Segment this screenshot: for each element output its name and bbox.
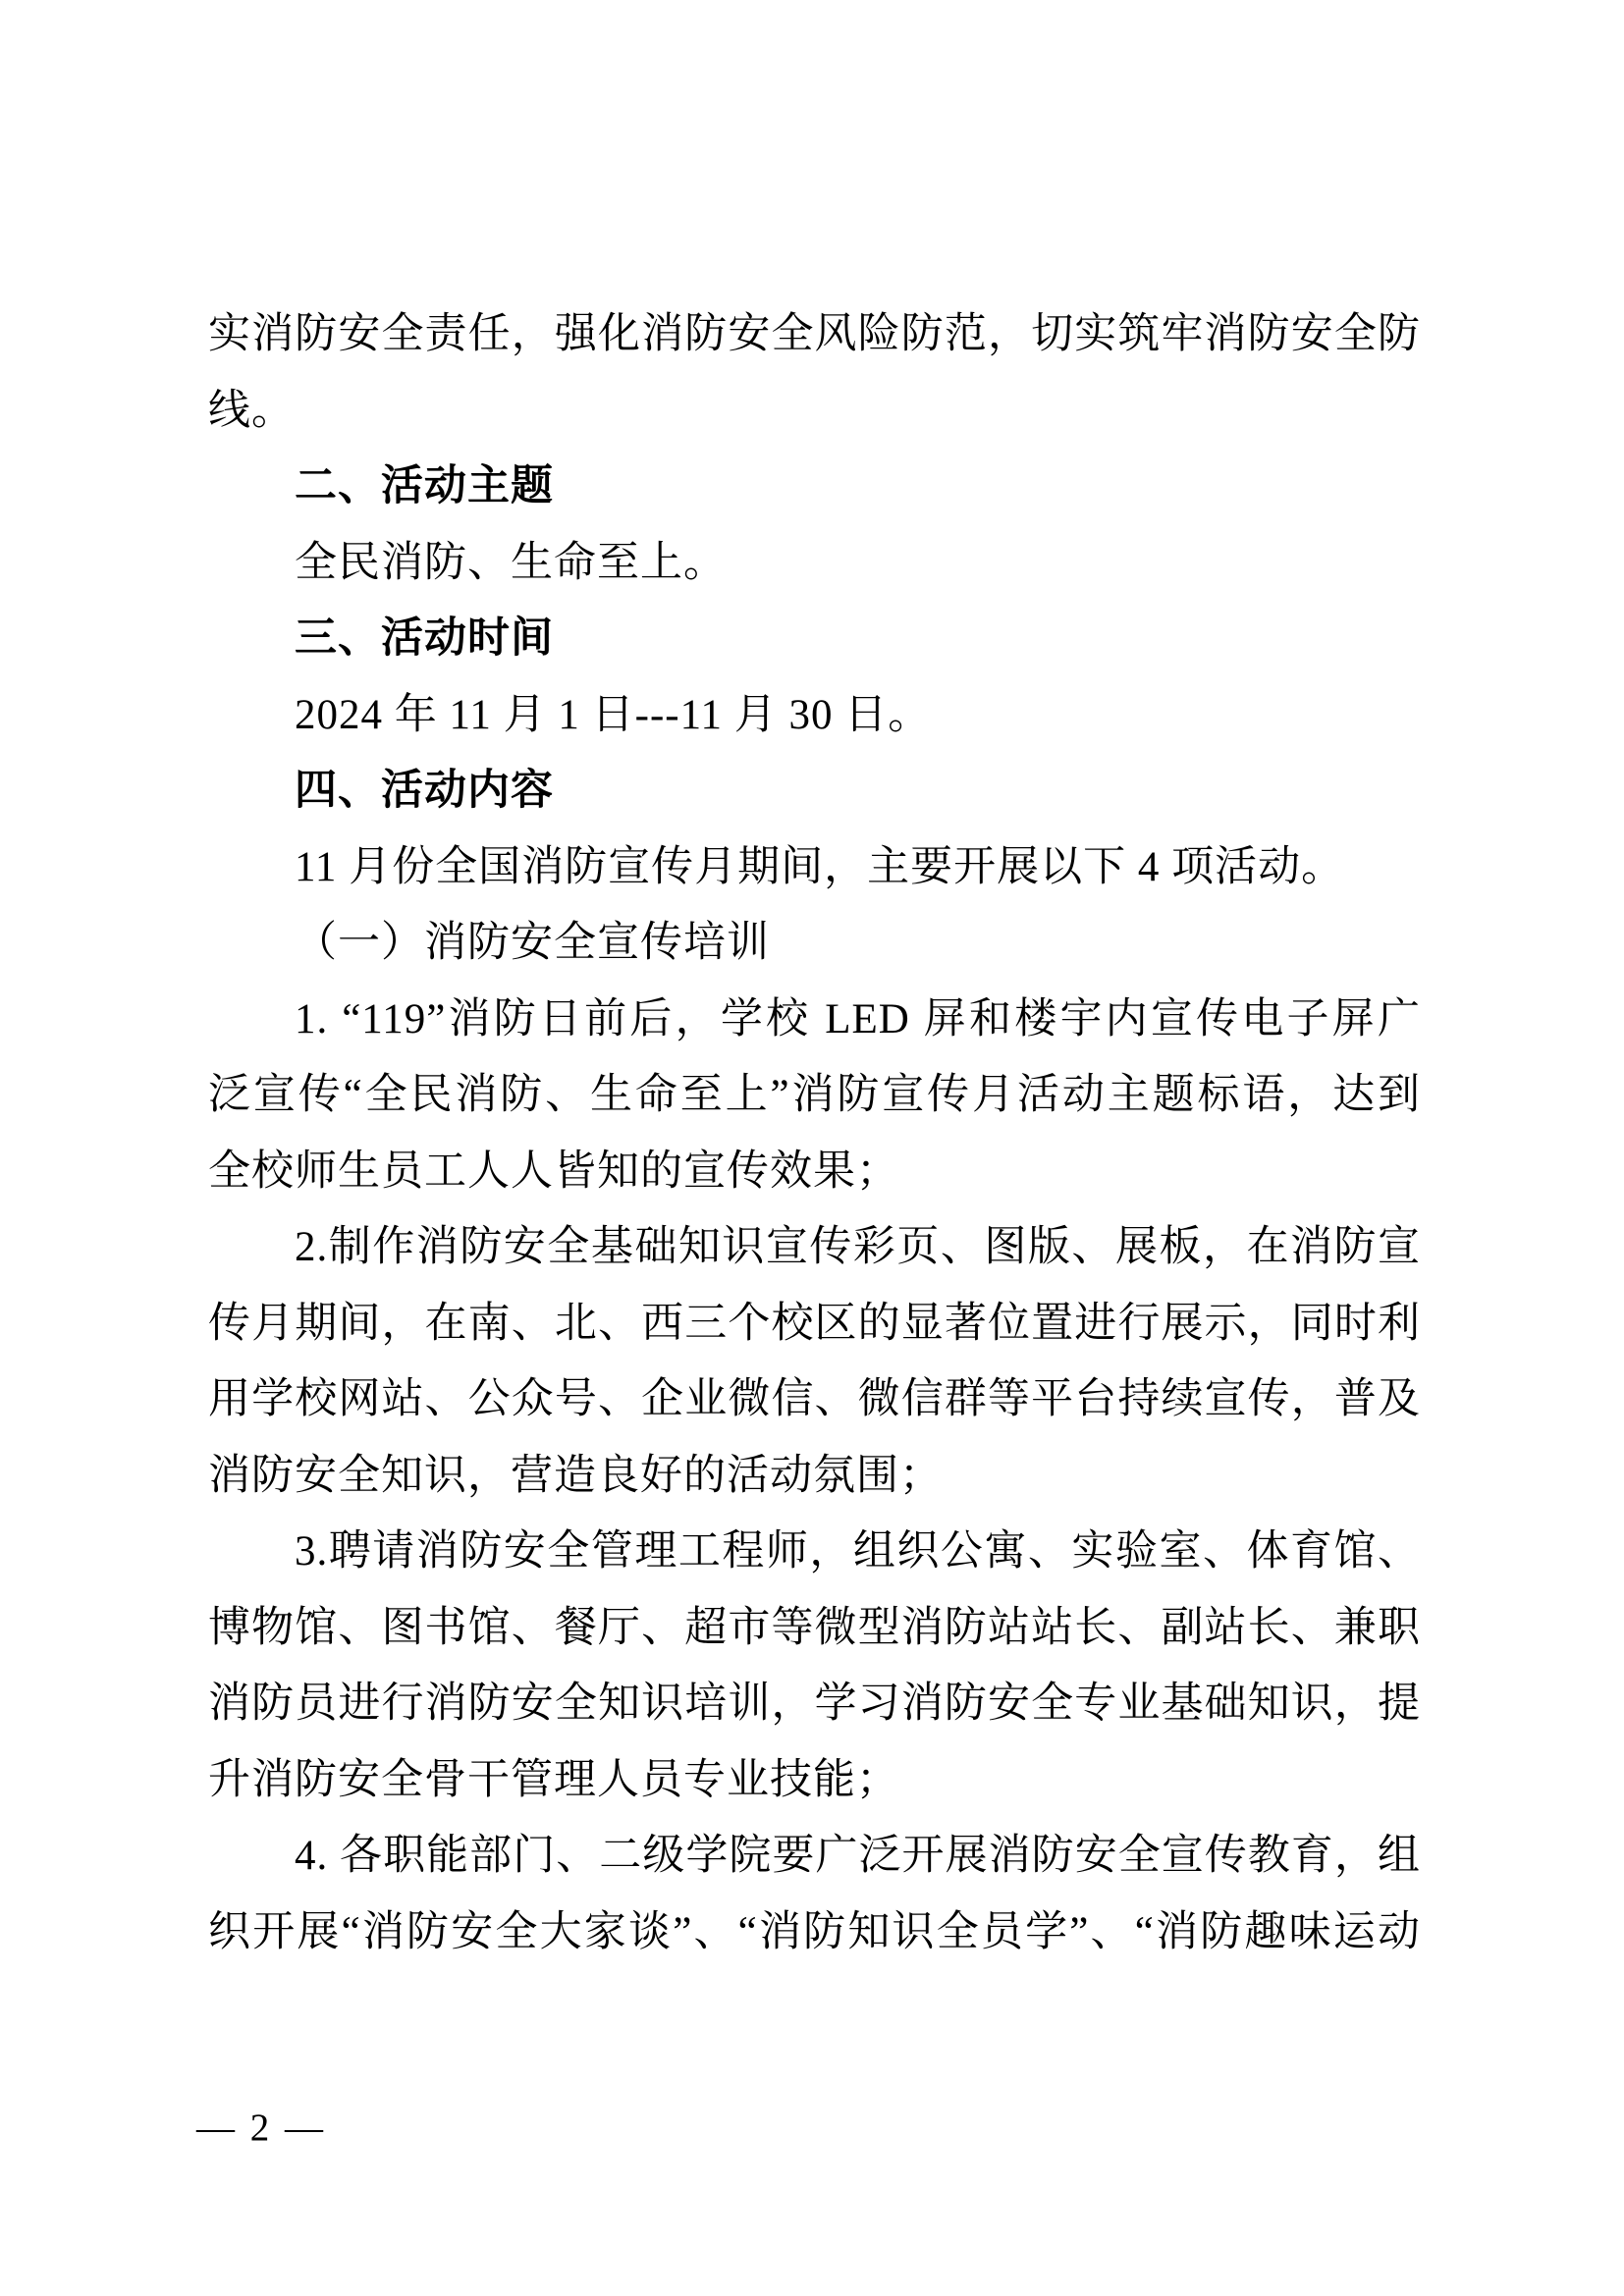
body-line: 全民消防、生命至上。 [208,525,1421,602]
body-line: 全校师生员工人人皆知的宣传效果； [208,1134,1421,1210]
body-line: 4. 各职能部门、二级学院要广泛开展消防安全宣传教育，组 [208,1818,1421,1895]
body-line: 11 月份全国消防宣传月期间，主要开展以下 4 项活动。 [208,829,1421,906]
body-line: 升消防安全骨干管理人员专业技能； [208,1742,1421,1819]
document-page: 实消防安全责任，强化消防安全风险防范，切实筑牢消防安全防 线。 二、活动主题 全… [0,0,1624,2296]
body-line: 泛宣传“全民消防、生命至上”消防宣传月活动主题标语，达到 [208,1057,1421,1134]
body-line: 3.聘请消防安全管理工程师，组织公寓、实验室、体育馆、 [208,1514,1421,1590]
section-heading-3: 三、活动时间 [208,601,1421,677]
body-line: 博物馆、图书馆、餐厅、超市等微型消防站站长、副站长、兼职 [208,1590,1421,1667]
body-line: 消防员进行消防安全知识培训，学习消防安全专业基础知识，提 [208,1666,1421,1742]
body-line: 1. “119”消防日前后，学校 LED 屏和楼宇内宣传电子屏广 [208,982,1421,1058]
body-line: 2024 年 11 月 1 日---11 月 30 日。 [208,677,1421,754]
subsection-heading: （一）消防安全宣传培训 [208,905,1421,982]
page-number: — 2 — [196,2099,326,2158]
body-line: 实消防安全责任，强化消防安全风险防范，切实筑牢消防安全防 [208,296,1421,373]
body-line: 用学校网站、公众号、企业微信、微信群等平台持续宣传，普及 [208,1362,1421,1438]
body-line: 消防安全知识，营造良好的活动氛围； [208,1438,1421,1515]
body-line: 线。 [208,373,1421,450]
body-line: 2.制作消防安全基础知识宣传彩页、图版、展板，在消防宣 [208,1209,1421,1286]
document-body: 实消防安全责任，强化消防安全风险防范，切实筑牢消防安全防 线。 二、活动主题 全… [208,296,1421,1970]
section-heading-2: 二、活动主题 [208,449,1421,525]
body-line: 传月期间，在南、北、西三个校区的显著位置进行展示，同时利 [208,1286,1421,1362]
section-heading-4: 四、活动内容 [208,753,1421,829]
body-line: 织开展“消防安全大家谈”、“消防知识全员学”、“消防趣味运动 [208,1895,1421,1971]
